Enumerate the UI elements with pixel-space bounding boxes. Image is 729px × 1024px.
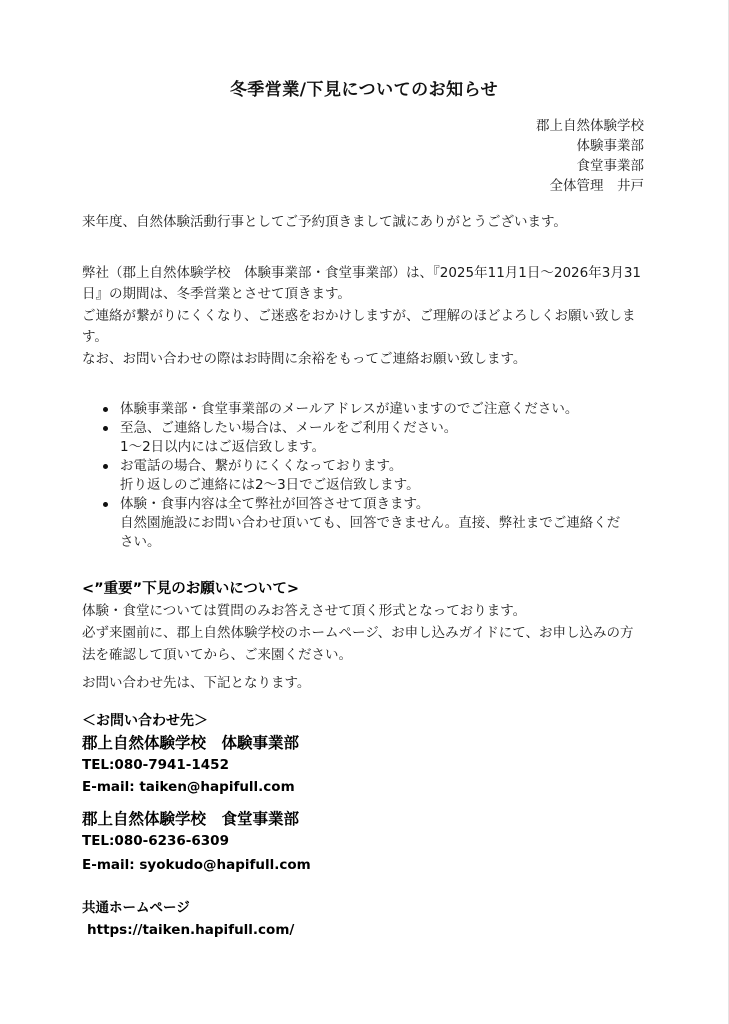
list-item-subline: 1～2日以内にはご返信致します。 <box>120 438 644 457</box>
important-line: 体験・食堂については質問のみお答えさせて頂く形式となっております。 <box>82 600 644 622</box>
contacts-heading: ＜お問い合わせ先＞ <box>82 711 644 731</box>
list-item: お電話の場合、繋がりにくくなっております。 折り返しのご連絡には2～3日でご返信… <box>120 457 644 495</box>
sender-manager: 全体管理 井戸 <box>0 176 644 196</box>
list-item-line: 体験事業部・食堂事業部のメールアドレスが違いますのでご注意ください。 <box>120 400 644 419</box>
document-page: 冬季営業/下見についてのお知らせ 郡上自然体験学校 体験事業部 食堂事業部 全体… <box>0 0 729 1024</box>
contact-name: 郡上自然体験学校 食堂事業部 <box>82 808 644 830</box>
sender-dept-syokudo: 食堂事業部 <box>0 156 644 176</box>
list-item-line: お電話の場合、繋がりにくくなっております。 <box>120 457 644 476</box>
list-item-line: 至急、ご連絡したい場合は、メールをご利用ください。 <box>120 419 644 438</box>
important-line: 必ず来園前に、郡上自然体験学校のホームページ、お申し込みガイドにて、お申し込みの… <box>82 622 644 644</box>
important-heading: <”重要”下見のお願いについて> <box>82 578 644 600</box>
contact-entry-syokudo: 郡上自然体験学校 食堂事業部 TEL:080-6236-6309 E-mail:… <box>82 808 644 876</box>
list-item-subline: 自然園施設にお問い合わせ頂いても、回答できません。直接、弊社までご連絡くだ <box>120 514 644 533</box>
homepage-block: 共通ホームページ https://taiken.hapifull.com/ <box>82 897 644 941</box>
contact-email: E-mail: syokudo@hapifull.com <box>82 854 644 876</box>
sender-dept-taiken: 体験事業部 <box>0 136 644 156</box>
contact-entry-taiken: 郡上自然体験学校 体験事業部 TEL:080-7941-1452 E-mail:… <box>82 732 644 798</box>
list-item: 体験事業部・食堂事業部のメールアドレスが違いますのでご注意ください。 <box>120 400 644 419</box>
list-item-subline: 折り返しのご連絡には2～3日でご返信致します。 <box>120 476 644 495</box>
apology-paragraph: ご連絡が繋がりにくくなり、ご迷惑をおかけしますが、ご理解のほどよろしくお願い致し… <box>82 306 644 348</box>
contact-lead: お問い合わせ先は、下記となります。 <box>82 672 644 694</box>
winter-notice-line: 弊社（郡上自然体験学校 体験事業部・食堂事業部）は、『2025年11月1日～20… <box>82 263 644 284</box>
contacts-section: ＜お問い合わせ先＞ 郡上自然体験学校 体験事業部 TEL:080-7941-14… <box>82 711 644 941</box>
sender-block: 郡上自然体験学校 体験事業部 食堂事業部 全体管理 井戸 <box>0 116 728 196</box>
homepage-url: https://taiken.hapifull.com/ <box>82 919 644 941</box>
contact-name: 郡上自然体験学校 体験事業部 <box>82 732 644 754</box>
important-paragraph: 体験・食堂については質問のみお答えさせて頂く形式となっております。 必ず来園前に… <box>82 600 644 666</box>
document-body: 来年度、自然体験活動行事としてご予約頂きまして誠にありがとうございます。 弊社（… <box>0 212 728 941</box>
apology-line: ご連絡が繋がりにくくなり、ご迷惑をおかけしますが、ご理解のほどよろしくお願い致し… <box>82 306 644 327</box>
apology-line: す。 <box>82 327 644 348</box>
contact-tel: TEL:080-7941-1452 <box>82 754 644 776</box>
winter-notice-line: 日』の期間は、冬季営業とさせて頂きます。 <box>82 284 644 305</box>
note-paragraph: なお、お問い合わせの際はお時間に余裕をもってご連絡お願い致します。 <box>82 349 644 370</box>
list-item-subline: さい。 <box>120 533 644 552</box>
list-item: 至急、ご連絡したい場合は、メールをご利用ください。 1～2日以内にはご返信致しま… <box>120 419 644 457</box>
contact-tel: TEL:080-6236-6309 <box>82 830 644 852</box>
page-title: 冬季営業/下見についてのお知らせ <box>0 0 728 102</box>
thanks-paragraph: 来年度、自然体験活動行事としてご予約頂きまして誠にありがとうございます。 <box>82 212 644 233</box>
list-item-line: 体験・食事内容は全て弊社が回答させて頂きます。 <box>120 495 644 514</box>
important-line: 法を確認して頂いてから、ご来園ください。 <box>82 644 644 666</box>
notes-list: 体験事業部・食堂事業部のメールアドレスが違いますのでご注意ください。 至急、ご連… <box>82 400 644 552</box>
list-item: 体験・食事内容は全て弊社が回答させて頂きます。 自然園施設にお問い合わせ頂いても… <box>120 495 644 552</box>
sender-org: 郡上自然体験学校 <box>0 116 644 136</box>
homepage-label: 共通ホームページ <box>82 897 644 919</box>
winter-notice-paragraph: 弊社（郡上自然体験学校 体験事業部・食堂事業部）は、『2025年11月1日～20… <box>82 263 644 305</box>
contact-email: E-mail: taiken@hapifull.com <box>82 776 644 798</box>
